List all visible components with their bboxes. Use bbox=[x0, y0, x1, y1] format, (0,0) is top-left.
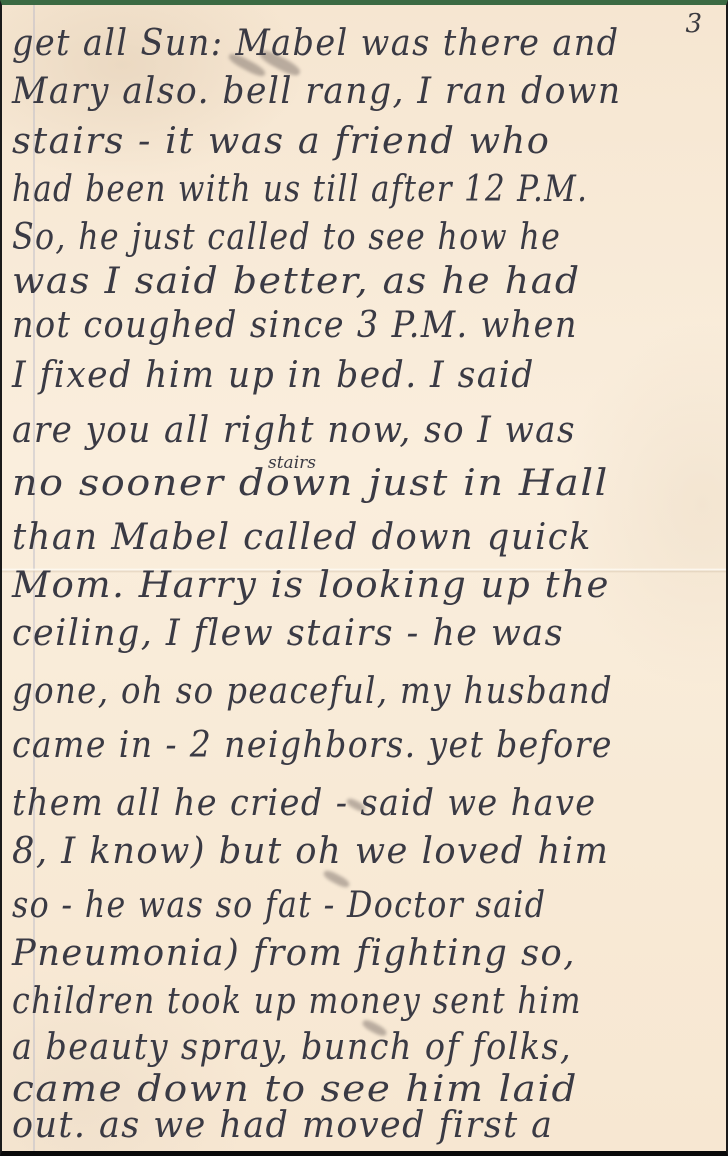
letter-line: Mom. Harry is looking up the bbox=[12, 565, 610, 606]
letter-line: had been with us till after 12 P.M. bbox=[12, 169, 588, 210]
letter-line: was I said better, as he had bbox=[12, 261, 581, 302]
letter-line: no sooner down just in Hall bbox=[12, 463, 609, 504]
letter-line: 8, I know) but oh we loved him bbox=[12, 831, 609, 872]
letter-line: are you all right now, so I was bbox=[12, 410, 576, 451]
letter-page: 3 get all Sun: Mabel was there and Mary … bbox=[0, 0, 728, 1156]
letter-line: Pneumonia) from fighting so, bbox=[12, 933, 576, 974]
letter-line: out. as we had moved first a bbox=[12, 1105, 553, 1146]
letter-line: them all he cried - said we have bbox=[12, 783, 596, 824]
letter-line: So, he just called to see how he bbox=[12, 217, 561, 258]
letter-line: came down to see him laid bbox=[12, 1069, 578, 1110]
letter-line: a beauty spray, bunch of folks, bbox=[12, 1027, 572, 1068]
page-number: 3 bbox=[685, 9, 702, 39]
letter-line: than Mabel called down quick bbox=[12, 517, 592, 558]
letter-line: get all Sun: Mabel was there and bbox=[12, 23, 620, 64]
letter-line: children took up money sent him bbox=[12, 981, 582, 1022]
letter-line: so - he was so fat - Doctor said bbox=[12, 885, 546, 926]
letter-line: gone, oh so peaceful, my husband bbox=[12, 671, 613, 712]
letter-line: stairs - it was a friend who bbox=[12, 121, 550, 162]
letter-line: I fixed him up in bed. I said bbox=[12, 355, 535, 396]
letter-line: came in - 2 neighbors. yet before bbox=[12, 725, 613, 766]
letter-line: Mary also. bell rang, I ran down bbox=[12, 71, 622, 112]
letter-line: ceiling, I flew stairs - he was bbox=[12, 613, 564, 654]
letter-line: not coughed since 3 P.M. when bbox=[12, 305, 578, 346]
